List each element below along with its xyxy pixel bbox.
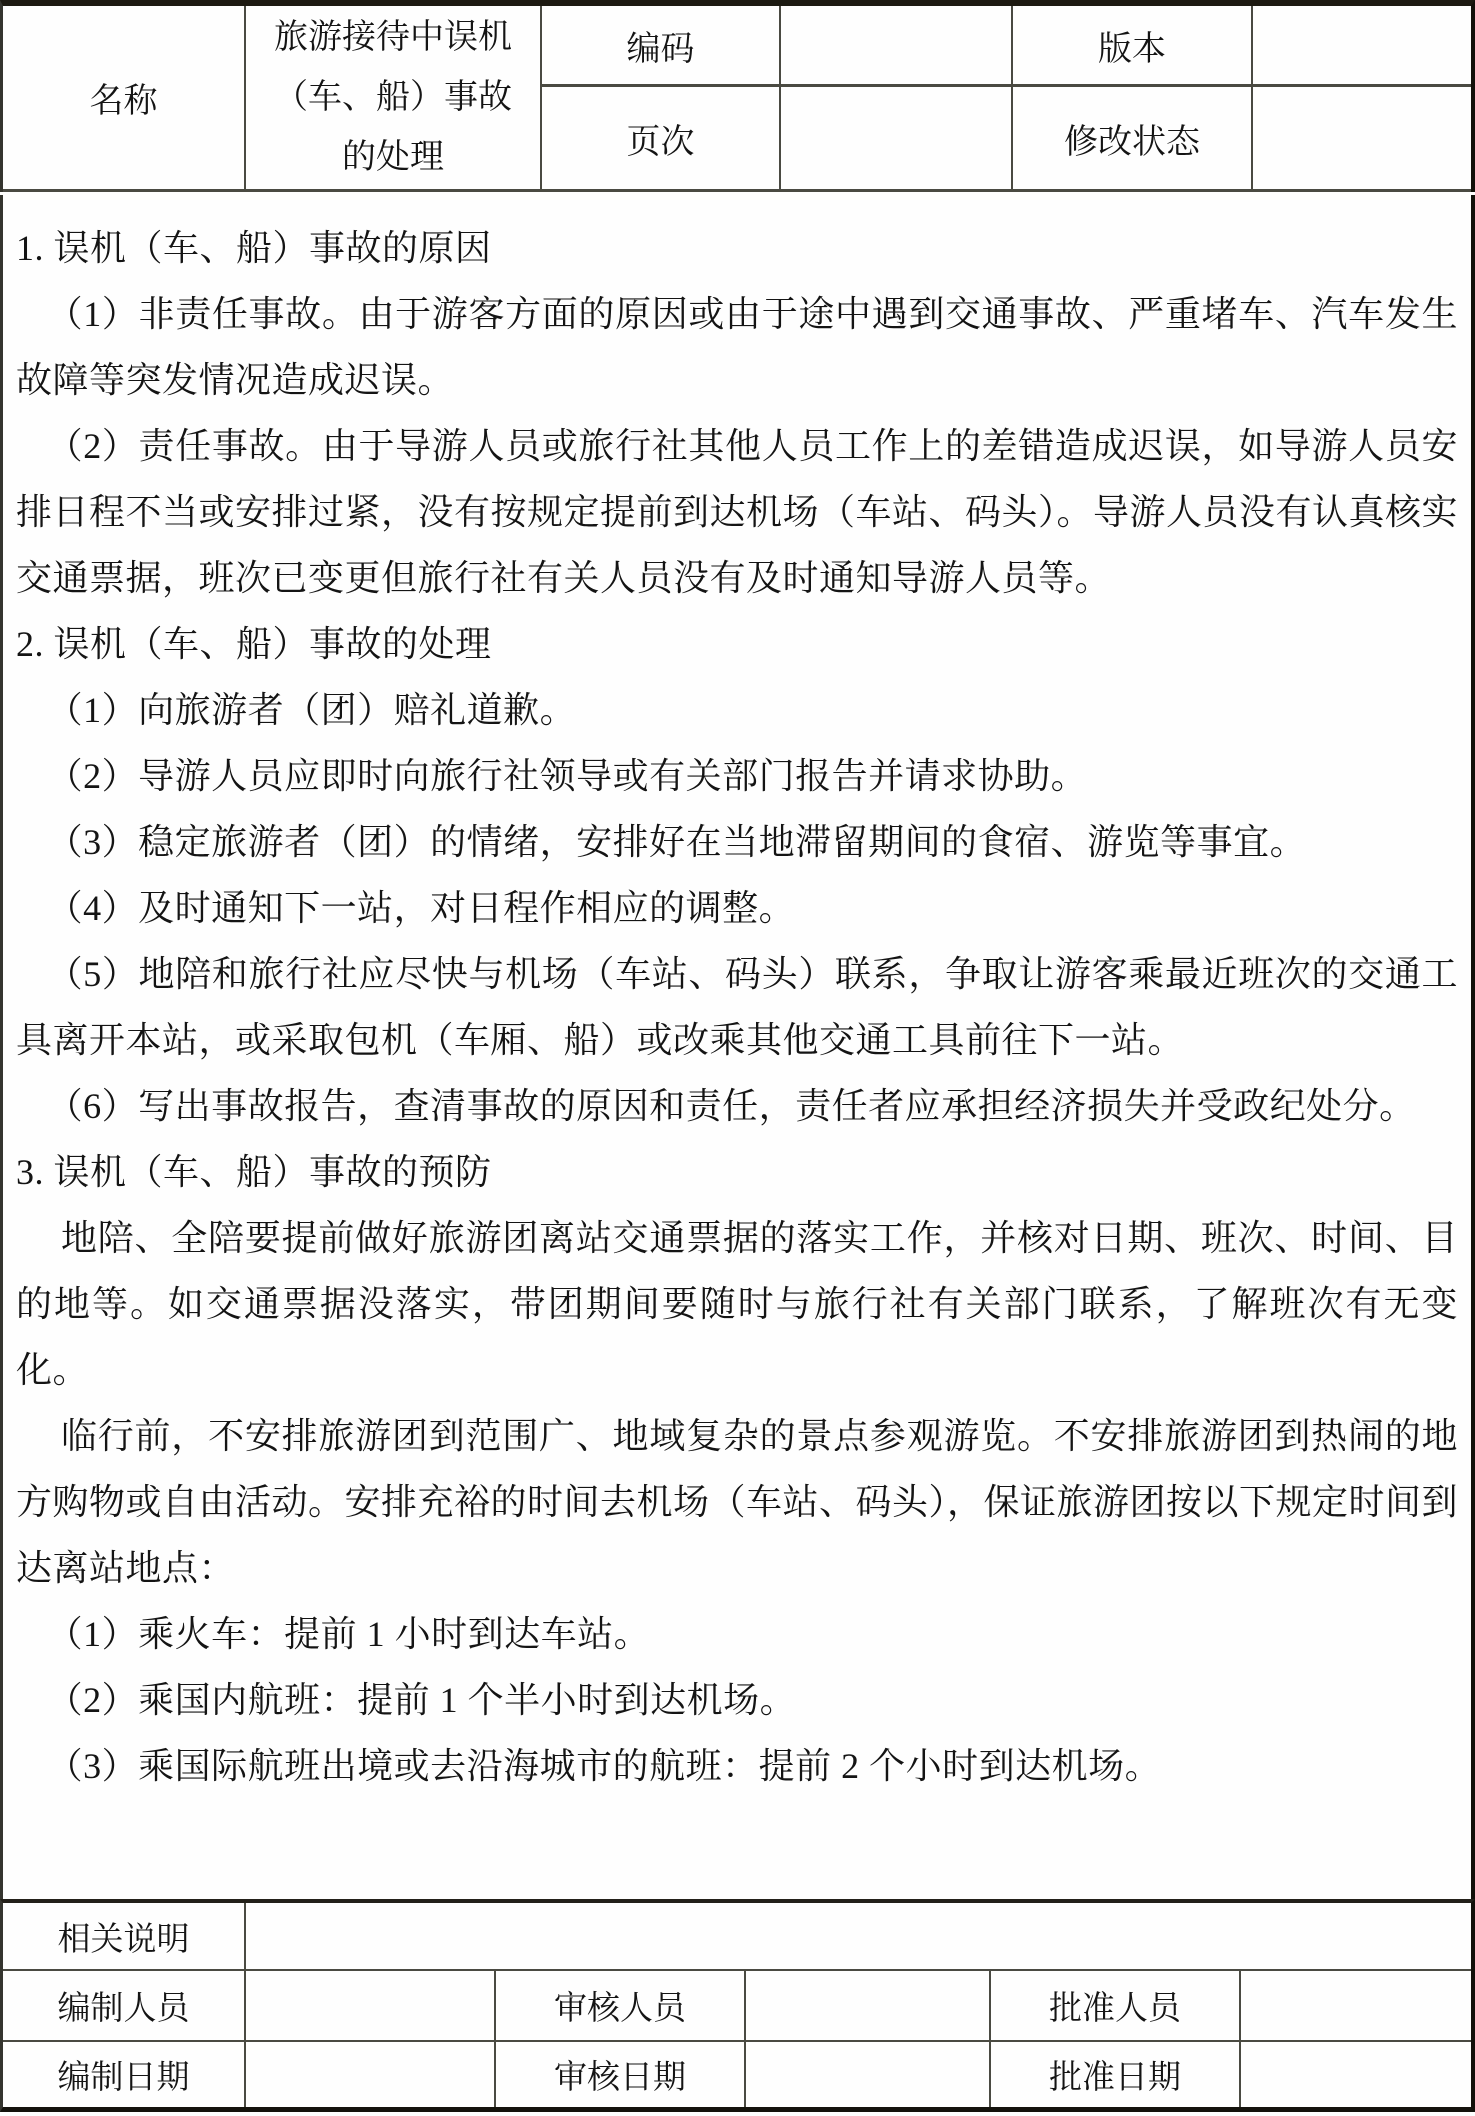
body-paragraph: （1）乘火车：提前 1 小时到达车站。 — [16, 1601, 1458, 1667]
footer-prepared-by-label-cell: 编制人员 — [3, 1971, 246, 2042]
footer-prepared-date-label-cell: 编制日期 — [3, 2042, 246, 2107]
body-paragraph: 地陪、全陪要提前做好旅游团离站交通票据的落实工作，并核对日期、班次、时间、目的地… — [16, 1205, 1458, 1403]
footer-approved-by-value-cell — [1241, 1971, 1471, 2042]
document-page: 名称 旅游接待中误机（车、船）事故的处理 编码 版本 页次 修改状态 1. 误机… — [0, 0, 1475, 2116]
body-paragraph: （2）乘国内航班：提前 1 个半小时到达机场。 — [16, 1667, 1458, 1733]
footer-prepared-date-value-cell — [246, 2042, 496, 2107]
header-page-label-cell: 页次 — [542, 87, 781, 192]
footer-notes-label-cell: 相关说明 — [3, 1903, 246, 1971]
footer-reviewed-date-value-cell — [746, 2042, 991, 2107]
body-paragraph: （2）导游人员应即时向旅行社领导或有关部门报告并请求协助。 — [16, 743, 1458, 809]
body-paragraph: （2）责任事故。由于导游人员或旅行社其他人员工作上的差错造成迟误，如导游人员安排… — [16, 413, 1458, 611]
footer-prepared-by-value-cell — [246, 1971, 496, 2042]
header-version-value-cell — [1253, 6, 1471, 87]
footer-reviewed-by-label-cell: 审核人员 — [496, 1971, 746, 2042]
footer-reviewed-by-value-cell — [746, 1971, 991, 2042]
header-revision-value-cell — [1253, 87, 1471, 192]
body-paragraph: 临行前，不安排旅游团到范围广、地域复杂的景点参观游览。不安排旅游团到热闹的地方购… — [16, 1403, 1458, 1601]
body-paragraph: （6）写出事故报告，查清事故的原因和责任，责任者应承担经济损失并受政纪处分。 — [16, 1073, 1458, 1139]
body-paragraph: （3）乘国际航班出境或去沿海城市的航班：提前 2 个小时到达机场。 — [16, 1733, 1458, 1799]
footer-reviewed-date-label-cell: 审核日期 — [496, 2042, 746, 2107]
header-table: 名称 旅游接待中误机（车、船）事故的处理 编码 版本 页次 修改状态 — [0, 0, 1475, 192]
footer-approved-date-label-cell: 批准日期 — [991, 2042, 1241, 2107]
header-name-value-cell: 旅游接待中误机（车、船）事故的处理 — [246, 6, 542, 192]
body-paragraph: （1）非责任事故。由于游客方面的原因或由于途中遇到交通事故、严重堵车、汽车发生故… — [16, 281, 1458, 413]
body-paragraph: 2. 误机（车、船）事故的处理 — [16, 611, 1458, 677]
body-paragraph: （5）地陪和旅行社应尽快与机场（车站、码头）联系，争取让游客乘最近班次的交通工具… — [16, 941, 1458, 1073]
footer-notes-value-cell — [246, 1903, 1471, 1971]
body-paragraph: 3. 误机（车、船）事故的预防 — [16, 1139, 1458, 1205]
header-revision-label-cell: 修改状态 — [1013, 87, 1253, 192]
body-paragraph: （1）向旅游者（团）赔礼道歉。 — [16, 677, 1458, 743]
document-body: 1. 误机（车、船）事故的原因（1）非责任事故。由于游客方面的原因或由于途中遇到… — [0, 195, 1475, 1899]
header-version-label-cell: 版本 — [1013, 6, 1253, 87]
footer-approved-by-label-cell: 批准人员 — [991, 1971, 1241, 2042]
footer-approved-date-value-cell — [1241, 2042, 1471, 2107]
header-code-value-cell — [781, 6, 1013, 87]
body-paragraph: （4）及时通知下一站，对日程作相应的调整。 — [16, 875, 1458, 941]
header-page-value-cell — [781, 87, 1013, 192]
header-name-label-cell: 名称 — [3, 6, 246, 192]
header-code-label-cell: 编码 — [542, 6, 781, 87]
body-paragraph: 1. 误机（车、船）事故的原因 — [16, 215, 1458, 281]
body-paragraph: （3）稳定旅游者（团）的情绪，安排好在当地滞留期间的食宿、游览等事宜。 — [16, 809, 1458, 875]
footer-table: 相关说明 编制人员 审核人员 批准人员 编制日期 审核日期 批准日期 — [0, 1899, 1475, 2112]
